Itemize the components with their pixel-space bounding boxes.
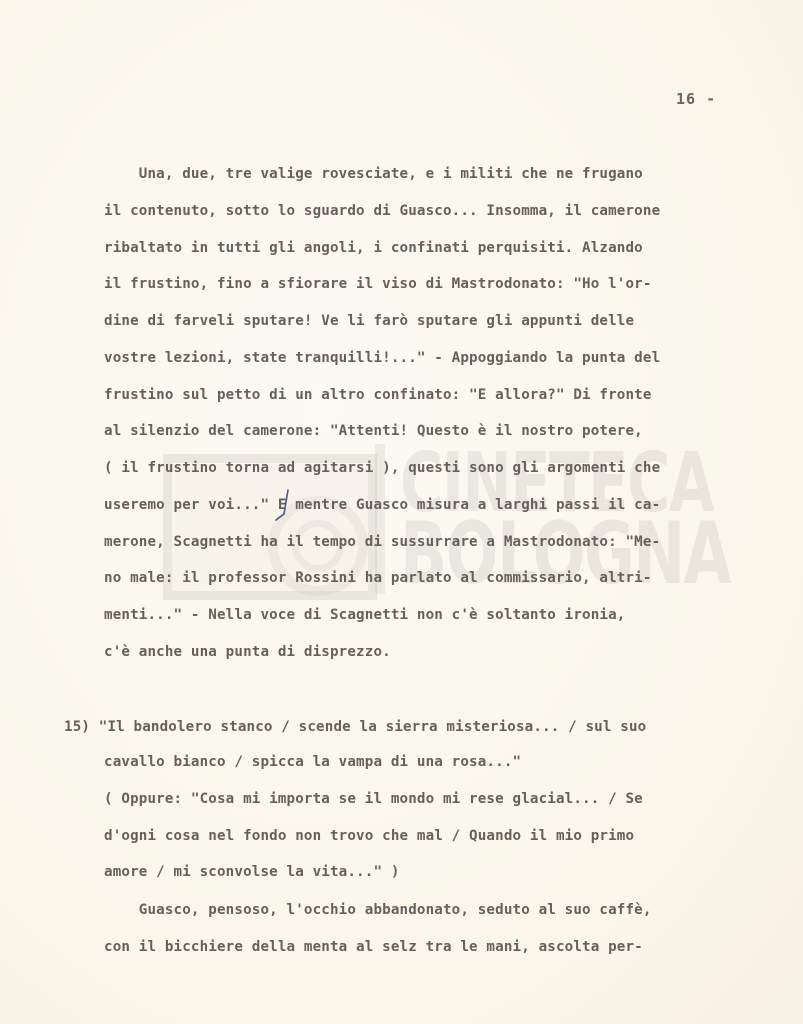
text-line: ( Oppure: "Cosa mi importa se il mondo m… bbox=[104, 791, 643, 807]
text-line: useremo per voi..." E mentre Guasco misu… bbox=[104, 497, 660, 513]
text-line: al silenzio del camerone: "Attenti! Ques… bbox=[104, 423, 643, 439]
text-line: Una, due, tre valige rovesciate, e i mil… bbox=[104, 166, 643, 182]
text-line: menti..." - Nella voce di Scagnetti non … bbox=[104, 607, 626, 623]
text-line: ( il frustino torna ad agitarsi ), quest… bbox=[104, 460, 660, 476]
text-line: Guasco, pensoso, l'occhio abbandonato, s… bbox=[104, 902, 652, 918]
typewritten-page: CINETECA BOLOGNA 16 - Una, due, tre vali… bbox=[0, 0, 803, 1024]
text-line: vostre lezioni, state tranquilli!..." - … bbox=[104, 350, 660, 366]
text-line: amore / mi sconvolse la vita..." ) bbox=[104, 864, 400, 880]
page-number: 16 - bbox=[676, 90, 716, 108]
watermark-text-line2: BOLOGNA bbox=[400, 504, 730, 604]
text-line: c'è anche una punta di disprezzo. bbox=[104, 644, 391, 660]
text-line: dine di farveli sputare! Ve li farò sput… bbox=[104, 313, 634, 329]
text-line: il contenuto, sotto lo sguardo di Guasco… bbox=[104, 203, 660, 219]
text-line: merone, Scagnetti ha il tempo di sussurr… bbox=[104, 534, 660, 550]
text-line: cavallo bianco / spicca la vampa di una … bbox=[104, 754, 521, 770]
text-line: frustino sul petto di un altro confinato… bbox=[104, 387, 652, 403]
text-line: no male: il professor Rossini ha parlato… bbox=[104, 570, 652, 586]
numbered-item-line: 15) "Il bandolero stanco / scende la sie… bbox=[64, 719, 646, 735]
text-line: il frustino, fino a sfiorare il viso di … bbox=[104, 276, 652, 292]
text-line: con il bicchiere della menta al selz tra… bbox=[104, 939, 643, 955]
text-line: d'ogni cosa nel fondo non trovo che mal … bbox=[104, 828, 634, 844]
text-line: ribaltato in tutti gli angoli, i confina… bbox=[104, 240, 643, 256]
pen-correction-mark bbox=[272, 488, 302, 528]
